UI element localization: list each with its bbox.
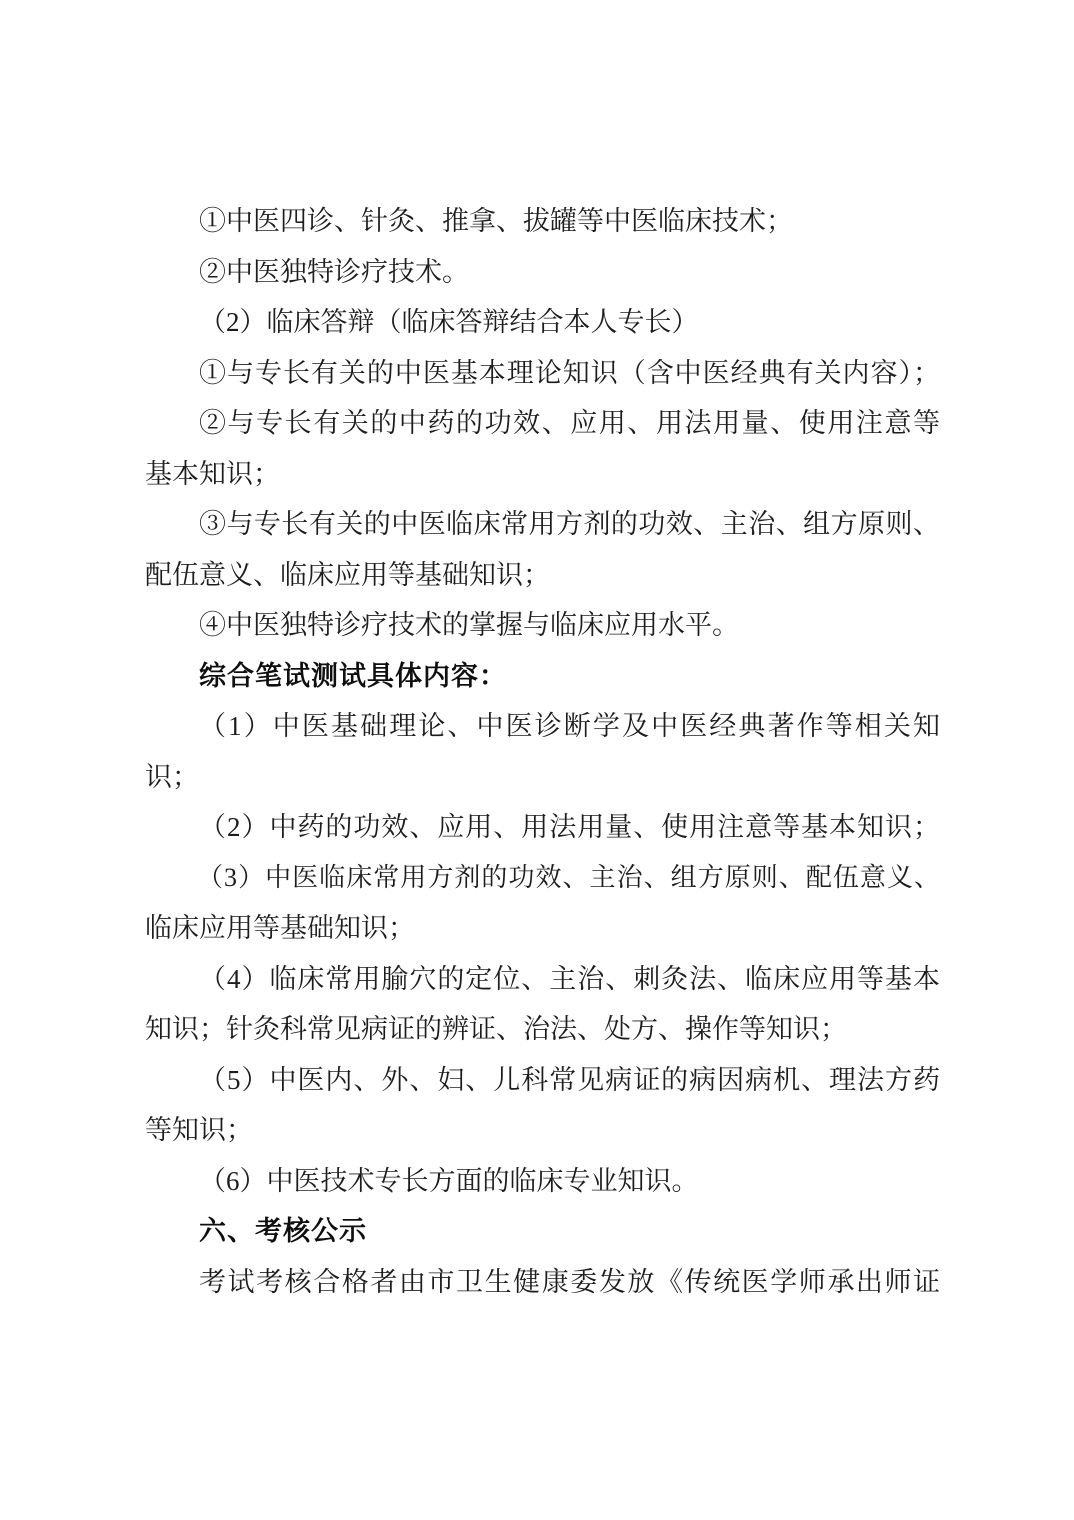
document-text-block: ①中医四诊、针灸、推拿、拔罐等中医临床技术； ②中医独特诊疗技术。 （2）临床答…: [145, 196, 940, 1307]
text-line: （3）中医临床常用方剂的功效、主治、组方原则、配伍意义、: [145, 853, 940, 904]
text-line: （6）中医技术专长方面的临床专业知识。: [145, 1156, 940, 1207]
text-line: （4）临床常用腧穴的定位、主治、刺灸法、临床应用等基本: [145, 954, 940, 1005]
text-line: （5）中医内、外、妇、儿科常见病证的病因病机、理法方药: [145, 1055, 940, 1106]
text-line: 知识；针灸科常见病证的辨证、治法、处方、操作等知识；: [145, 1004, 940, 1055]
text-line: 识；: [145, 752, 940, 803]
text-line: （1）中医基础理论、中医诊断学及中医经典著作等相关知: [145, 701, 940, 752]
text-line: 临床应用等基础知识；: [145, 903, 940, 954]
document-page: { "colors": { "background": "#ffffff", "…: [0, 0, 1074, 1520]
text-line: ②与专长有关的中药的功效、应用、用法用量、使用注意等: [145, 398, 940, 449]
text-line: 基本知识；: [145, 449, 940, 500]
text-line: （2）中药的功效、应用、用法用量、使用注意等基本知识；: [145, 802, 940, 853]
text-line: 考试考核合格者由市卫生健康委发放《传统医学师承出师证: [145, 1257, 940, 1308]
text-line: 等知识；: [145, 1105, 940, 1156]
text-line: ①与专长有关的中医基本理论知识（含中医经典有关内容）；: [145, 348, 940, 399]
section-heading: 综合笔试测试具体内容：: [145, 651, 940, 702]
text-line: （2）临床答辩（临床答辩结合本人专长）: [145, 297, 940, 348]
text-line: 配伍意义、临床应用等基础知识；: [145, 550, 940, 601]
text-line: ④中医独特诊疗技术的掌握与临床应用水平。: [145, 600, 940, 651]
text-line: ③与专长有关的中医临床常用方剂的功效、主治、组方原则、: [145, 499, 940, 550]
text-line: ②中医独特诊疗技术。: [145, 247, 940, 298]
text-line: ①中医四诊、针灸、推拿、拔罐等中医临床技术；: [145, 196, 940, 247]
section-heading: 六、考核公示: [145, 1206, 940, 1257]
